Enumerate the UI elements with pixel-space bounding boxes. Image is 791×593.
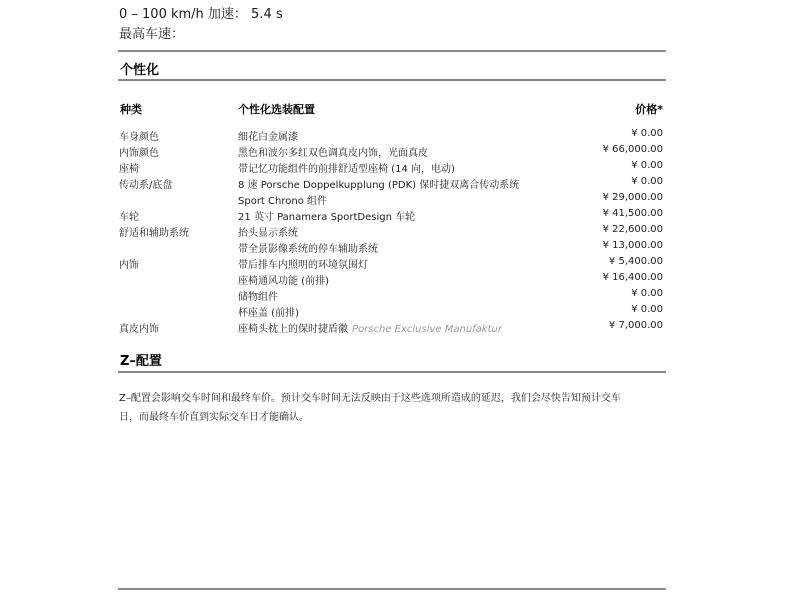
row-category: 车轮 (119, 208, 139, 223)
table-row: 车轮 21 英寸 Panamera SportDesign 车轮 ¥ 41,50… (119, 208, 663, 224)
column-header-price: 价格* (635, 101, 663, 117)
table-row: 带全景影像系统的停车辅助系统 ¥ 13,000.00 (119, 240, 663, 256)
acceleration-spec: 0 – 100 km/h 加速： 5.4 s (119, 3, 283, 22)
z-config-note: Z–配置会影响交车时间和最终车价。预计交车时间无法反映由于这些选项所造成的延迟，… (119, 389, 667, 427)
row-category: 舒适和辅助系统 (119, 224, 189, 239)
row-option: 带记忆功能组件的前排舒适型座椅 (14 向，电动) (238, 160, 455, 175)
divider (118, 50, 666, 52)
row-category: 内饰 (119, 256, 139, 271)
row-option: 带全景影像系统的停车辅助系统 (238, 240, 378, 255)
note-line-1: Z–配置会影响交车时间和最终车价。预计交车时间无法反映由于这些选项所造成的延迟，… (119, 389, 667, 408)
table-row: 真皮内饰 座椅头枕上的保时捷盾徽Porsche Exclusive Manufa… (119, 320, 663, 336)
row-option: 带后排车内照明的环境氛围灯 (238, 256, 368, 271)
row-price: ¥ 0.00 (631, 160, 663, 171)
table-row: 车身颜色 细花白金属漆 ¥ 0.00 (119, 128, 663, 144)
table-row: 座椅通风功能 (前排) ¥ 16,400.00 (119, 272, 663, 288)
table-row: 内饰颜色 黑色和波尔多红双色调真皮内饰，光面真皮 ¥ 66,000.00 (119, 144, 663, 160)
row-option: 储物组件 (238, 288, 278, 303)
row-option: 抬头显示系统 (238, 224, 298, 239)
row-category: 车身颜色 (119, 128, 159, 143)
row-price: ¥ 0.00 (631, 128, 663, 139)
footer-divider (118, 588, 666, 590)
row-price: ¥ 13,000.00 (603, 240, 663, 251)
section-title-personalization: 个性化 (120, 59, 159, 78)
row-price: ¥ 41,500.00 (603, 208, 663, 219)
table-row: 杯座盖 (前排) ¥ 0.00 (119, 304, 663, 320)
row-option: 座椅通风功能 (前排) (238, 272, 329, 287)
row-price: ¥ 0.00 (631, 176, 663, 187)
row-option: 8 速 Porsche Doppelkupplung (PDK) 保时捷双离合传… (238, 176, 519, 191)
row-price: ¥ 16,400.00 (603, 272, 663, 283)
note-line-2: 日，而最终车价直到实际交车日才能确认。 (119, 408, 667, 427)
row-option: 21 英寸 Panamera SportDesign 车轮 (238, 208, 415, 223)
row-category: 传动系/底盘 (119, 176, 172, 191)
table-row: 储物组件 ¥ 0.00 (119, 288, 663, 304)
top-speed-spec: 最高车速： (119, 23, 184, 42)
table-row: Sport Chrono 组件 ¥ 29,000.00 (119, 192, 663, 208)
row-category: 内饰颜色 (119, 144, 159, 159)
row-price: ¥ 22,600.00 (603, 224, 663, 235)
row-option-note: Porsche Exclusive Manufaktur (352, 324, 502, 335)
section-title-z-config: Z–配置 (120, 350, 162, 369)
row-price: ¥ 0.00 (631, 288, 663, 299)
column-header-category: 种类 (120, 101, 142, 117)
table-row: 座椅 带记忆功能组件的前排舒适型座椅 (14 向，电动) ¥ 0.00 (119, 160, 663, 176)
row-option: 杯座盖 (前排) (238, 304, 299, 319)
row-option: 细花白金属漆 (238, 128, 298, 143)
divider (118, 79, 666, 81)
divider (118, 371, 666, 373)
row-price: ¥ 0.00 (631, 304, 663, 315)
table-row: 舒适和辅助系统 抬头显示系统 ¥ 22,600.00 (119, 224, 663, 240)
row-price: ¥ 29,000.00 (603, 192, 663, 203)
row-option: Sport Chrono 组件 (238, 192, 327, 207)
table-row: 内饰 带后排车内照明的环境氛围灯 ¥ 5,400.00 (119, 256, 663, 272)
row-price: ¥ 66,000.00 (603, 144, 663, 155)
row-option: 黑色和波尔多红双色调真皮内饰，光面真皮 (238, 144, 428, 159)
row-price: ¥ 5,400.00 (609, 256, 663, 267)
column-header-option: 个性化选装配置 (238, 101, 315, 117)
row-price: ¥ 7,000.00 (609, 320, 663, 331)
table-row: 传动系/底盘 8 速 Porsche Doppelkupplung (PDK) … (119, 176, 663, 192)
row-category: 座椅 (119, 160, 139, 175)
row-option: 座椅头枕上的保时捷盾徽Porsche Exclusive Manufaktur (238, 320, 502, 335)
row-category: 真皮内饰 (119, 320, 159, 335)
